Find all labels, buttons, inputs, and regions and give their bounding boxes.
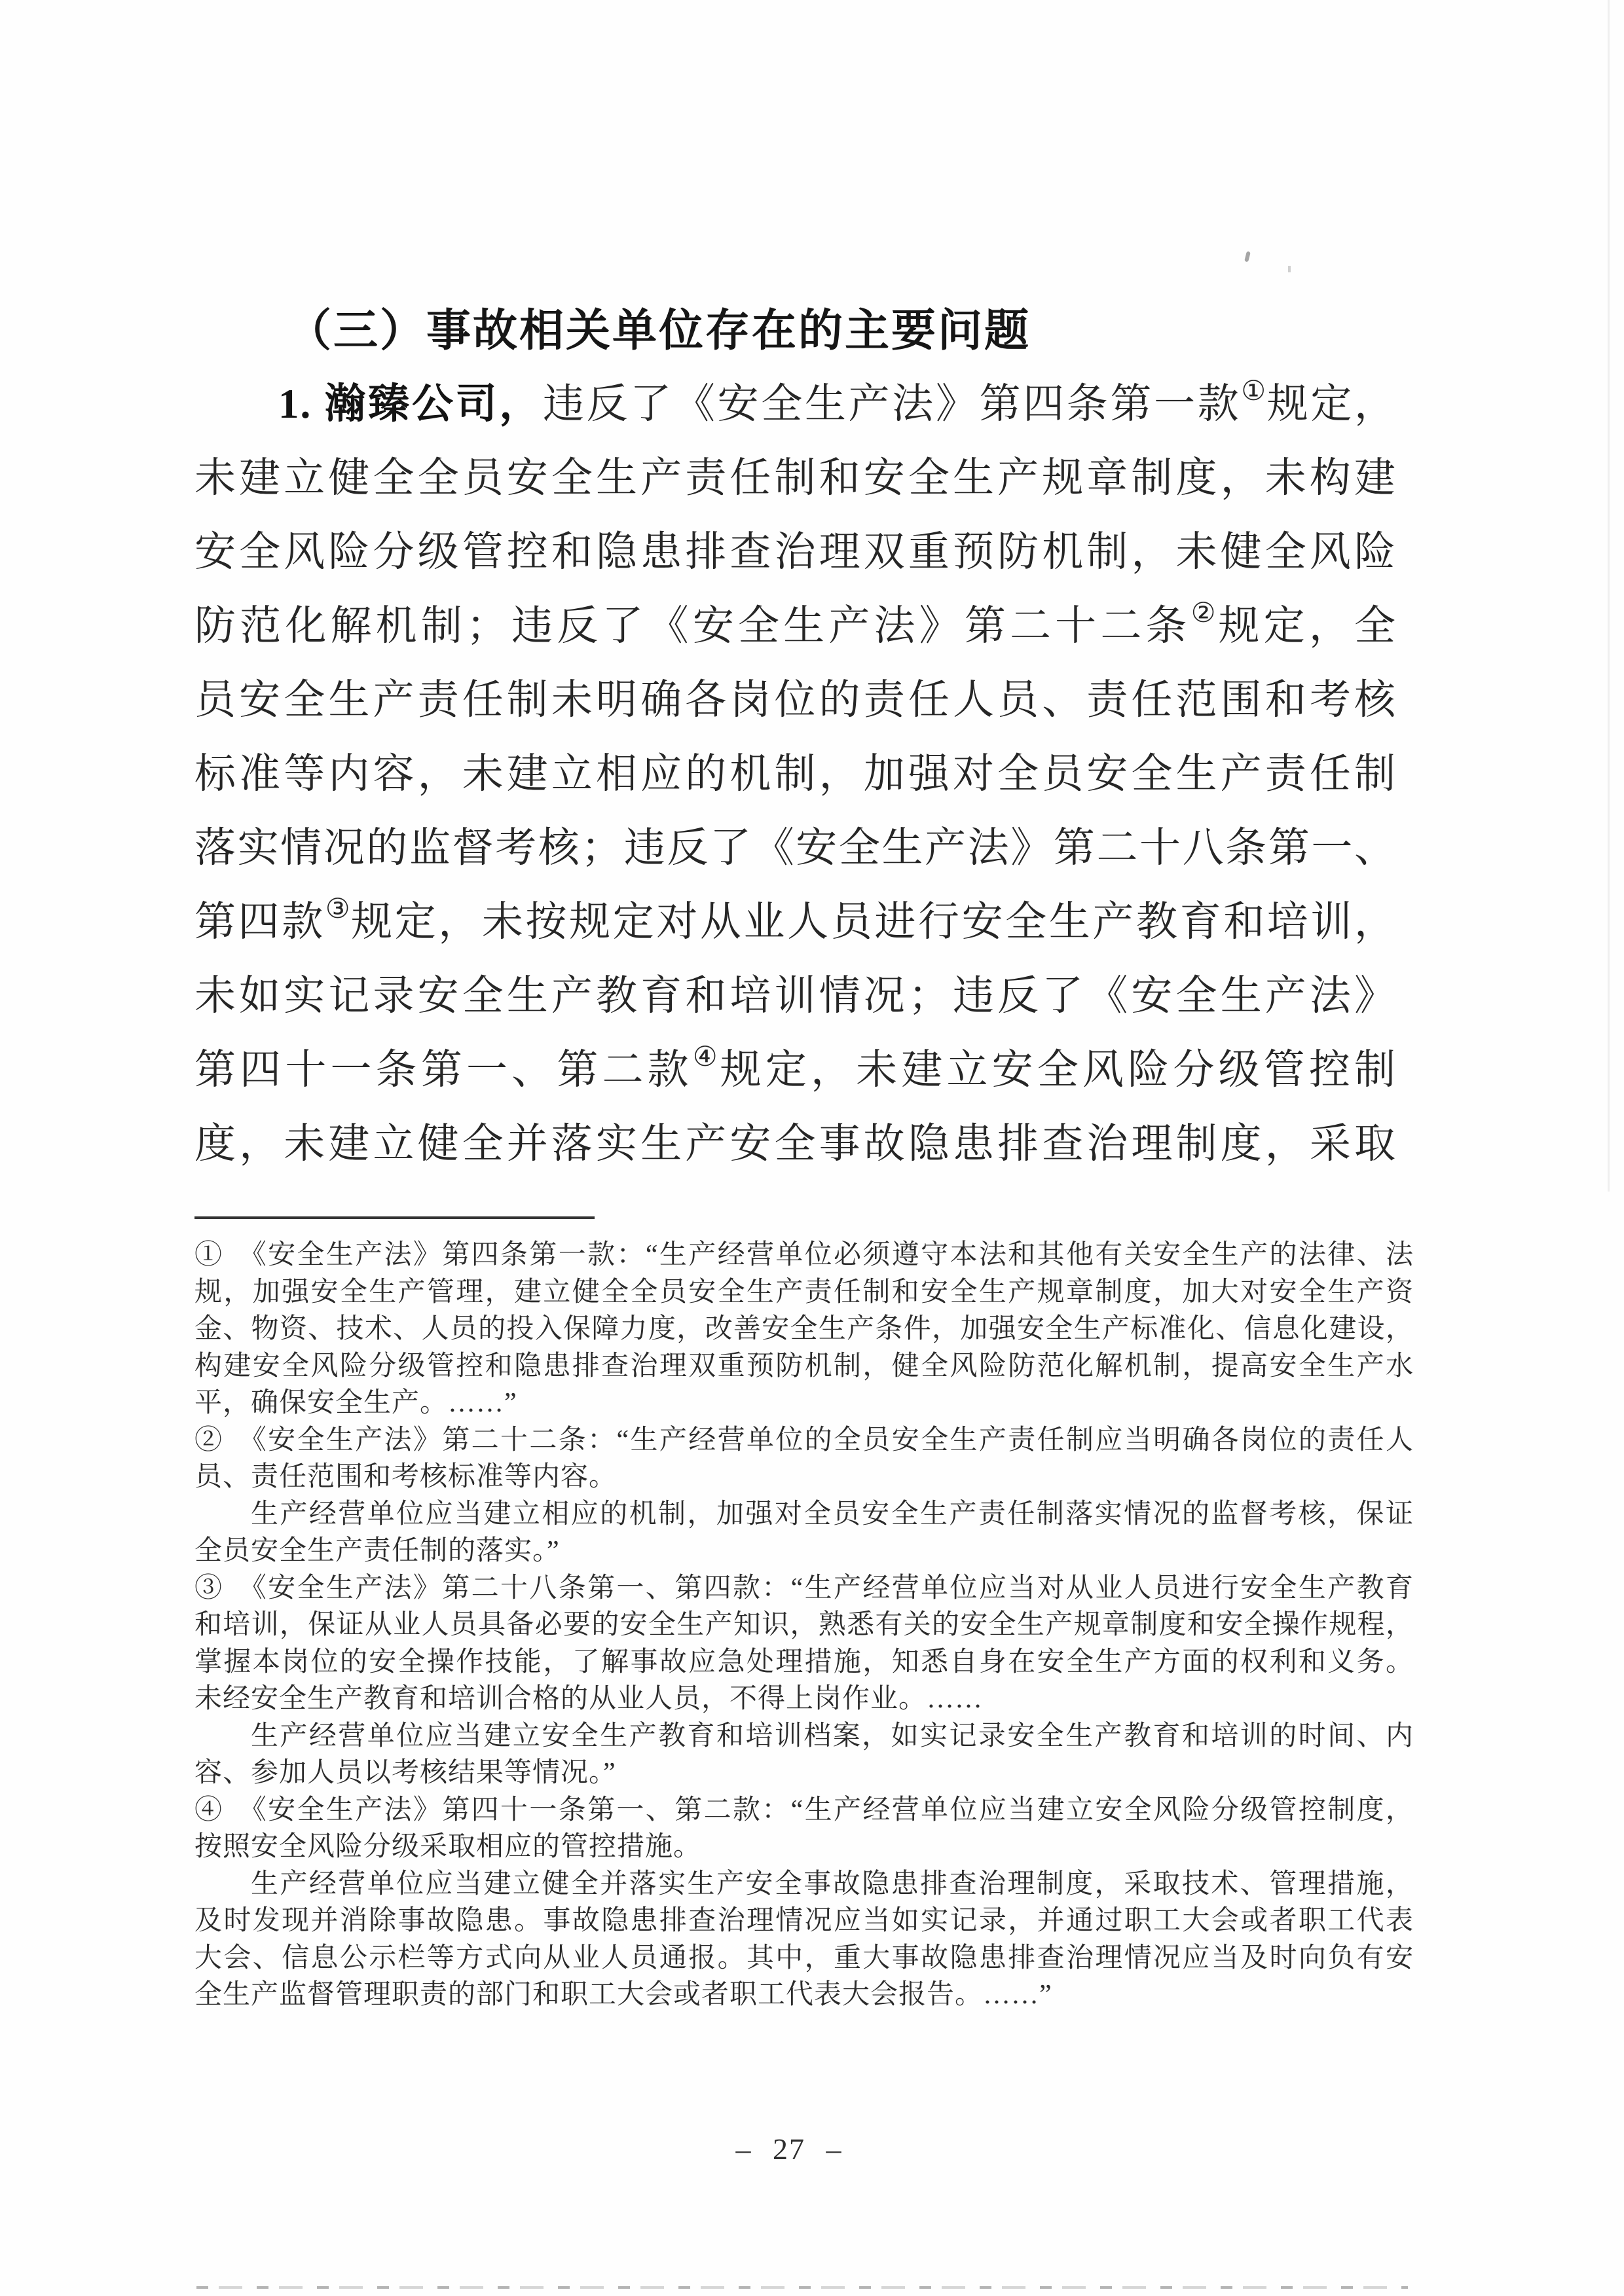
body-line: 第四十一条第一、第二款④规定，未建立安全风险分级管控制 bbox=[194, 1033, 1397, 1107]
body-line: 安全风险分级管控和隐患排查治理双重预防机制，未健全风险 bbox=[194, 515, 1397, 589]
body-line: 标准等内容，未建立相应的机制，加强对全员安全生产责任制 bbox=[194, 737, 1397, 811]
scan-artifact-speck bbox=[1288, 266, 1291, 272]
footnote-line: ③ 《安全生产法》第二十八条第一、第四款：“生产经营单位应当对从业人员进行安全生… bbox=[194, 1570, 1414, 1607]
footnote-ref-superscript: ② bbox=[1191, 596, 1219, 629]
footnote-line: 生产经营单位应当建立健全并落实生产安全事故隐患排查治理制度，采取技术、管理措施， bbox=[194, 1866, 1414, 1903]
footnote-line: 构建安全风险分级管控和隐患排查治理双重预防机制，健全风险防范化解机制，提高安全生… bbox=[194, 1348, 1414, 1385]
body-line: 防范化解机制；违反了《安全生产法》第二十二条②规定，全 bbox=[194, 589, 1397, 663]
text-segment: 度，未建立健全并落实生产安全事故隐患排查治理制度，采取 bbox=[194, 1121, 1397, 1167]
text-segment: 规定， bbox=[1267, 381, 1397, 427]
text-segment: 安全风险分级管控和隐患排查治理双重预防机制，未健全风险 bbox=[194, 529, 1397, 575]
footnote-line: 生产经营单位应当建立安全生产教育和培训档案，如实记录安全生产教育和培训的时间、内 bbox=[194, 1718, 1414, 1755]
footnote-line: ④ 《安全生产法》第四十一条第一、第二款：“生产经营单位应当建立安全风险分级管控… bbox=[194, 1792, 1414, 1829]
text-segment: 违反了《安全生产法》第四条第一款 bbox=[543, 381, 1241, 427]
body-line: 员安全生产责任制未明确各岗位的责任人员、责任范围和考核 bbox=[194, 663, 1397, 737]
footnote-line: 全生产监督管理职责的部门和职工大会或者职工代表大会报告。……” bbox=[194, 1977, 1414, 2014]
footnote-line: 按照安全风险分级采取相应的管控措施。 bbox=[194, 1829, 1414, 1866]
body-line: 度，未建立健全并落实生产安全事故隐患排查治理制度，采取 bbox=[194, 1107, 1397, 1181]
document-page: （三）事故相关单位存在的主要问题 1. 瀚臻公司，违反了《安全生产法》第四条第一… bbox=[0, 0, 1624, 2296]
footnote-separator-rule bbox=[194, 1216, 595, 1219]
body-line: 第四款③规定，未按规定对从业人员进行安全生产教育和培训， bbox=[194, 885, 1397, 959]
footnote-line: 容、参加人员以考核结果等情况。” bbox=[194, 1755, 1414, 1792]
page-number: – 27 – bbox=[0, 2132, 1578, 2166]
footnote-line: 金、物资、技术、人员的投入保障力度，改善安全生产条件，加强安全生产标准化、信息化… bbox=[194, 1311, 1414, 1348]
footnote-line: 及时发现并消除事故隐患。事故隐患排查治理情况应当如实记录，并通过职工大会或者职工… bbox=[194, 1903, 1414, 1940]
scan-artifact-speck bbox=[1244, 251, 1251, 263]
footnote-line: 规，加强安全生产管理，建立健全全员安全生产责任制和安全生产规章制度，加大对安全生… bbox=[194, 1274, 1414, 1311]
text-segment: 未建立健全全员安全生产责任制和安全生产规章制度，未构建 bbox=[194, 455, 1397, 501]
body-line: 1. 瀚臻公司，违反了《安全生产法》第四条第一款①规定， bbox=[194, 367, 1397, 441]
text-segment: 1. 瀚臻公司， bbox=[278, 381, 543, 427]
footnote-line: 全员安全生产责任制的落实。” bbox=[194, 1533, 1414, 1570]
footnote-ref-superscript: ④ bbox=[693, 1040, 720, 1072]
text-segment: 未如实记录安全生产教育和培训情况；违反了《安全生产法》 bbox=[194, 973, 1397, 1019]
text-segment: 第四款 bbox=[194, 899, 325, 945]
body-line: 未建立健全全员安全生产责任制和安全生产规章制度，未构建 bbox=[194, 441, 1397, 515]
footnote-line: 未经安全生产教育和培训合格的从业人员，不得上岗作业。…… bbox=[194, 1681, 1414, 1718]
footnote-line: ① 《安全生产法》第四条第一款：“生产经营单位必须遵守本法和其他有关安全生产的法… bbox=[194, 1237, 1414, 1274]
footnote-line: 生产经营单位应当建立相应的机制，加强对全员安全生产责任制落实情况的监督考核，保证 bbox=[194, 1496, 1414, 1533]
text-segment: 规定，未按规定对从业人员进行安全生产教育和培训， bbox=[351, 899, 1397, 945]
footnotes-list: ① 《安全生产法》第四条第一款：“生产经营单位必须遵守本法和其他有关安全生产的法… bbox=[194, 1237, 1414, 2014]
body-lines: 1. 瀚臻公司，违反了《安全生产法》第四条第一款①规定，未建立健全全员安全生产责… bbox=[194, 367, 1397, 1181]
text-segment: 落实情况的监督考核；违反了《安全生产法》第二十八条第一、 bbox=[194, 825, 1397, 871]
footnote-line: 掌握本岗位的安全操作技能，了解事故应急处理措施，知悉自身在安全生产方面的权利和义… bbox=[194, 1644, 1414, 1681]
text-segment: 标准等内容，未建立相应的机制，加强对全员安全生产责任制 bbox=[194, 751, 1397, 797]
footnote-line: ② 《安全生产法》第二十二条：“生产经营单位的全员安全生产责任制应当明确各岗位的… bbox=[194, 1422, 1414, 1459]
text-segment: 规定，全 bbox=[1219, 603, 1397, 649]
text-segment: 员安全生产责任制未明确各岗位的责任人员、责任范围和考核 bbox=[194, 677, 1397, 723]
scan-artifact-right-edge bbox=[1608, 0, 1610, 1192]
footnote-line: 大会、信息公示栏等方式向从业人员通报。其中，重大事故隐患排查治理情况应当及时向负… bbox=[194, 1940, 1414, 1977]
body-line: 未如实记录安全生产教育和培训情况；违反了《安全生产法》 bbox=[194, 959, 1397, 1033]
body-line: 落实情况的监督考核；违反了《安全生产法》第二十八条第一、 bbox=[194, 811, 1397, 885]
footnote-line: 平，确保安全生产。……” bbox=[194, 1385, 1414, 1422]
footnote-ref-superscript: ① bbox=[1241, 374, 1266, 407]
footnote-line: 和培训，保证从业人员具备必要的安全生产知识，熟悉有关的安全生产规章制度和安全操作… bbox=[194, 1607, 1414, 1644]
text-segment: 第四十一条第一、第二款 bbox=[194, 1047, 693, 1093]
text-segment: 规定，未建立安全风险分级管控制 bbox=[720, 1047, 1397, 1093]
section-heading: （三）事故相关单位存在的主要问题 bbox=[287, 300, 1031, 361]
footnote-line: 员、责任范围和考核标准等内容。 bbox=[194, 1459, 1414, 1496]
text-segment: 防范化解机制；违反了《安全生产法》第二十二条 bbox=[194, 603, 1191, 649]
footnote-ref-superscript: ③ bbox=[325, 892, 351, 924]
scan-artifact-bottom-row bbox=[196, 2286, 1408, 2289]
